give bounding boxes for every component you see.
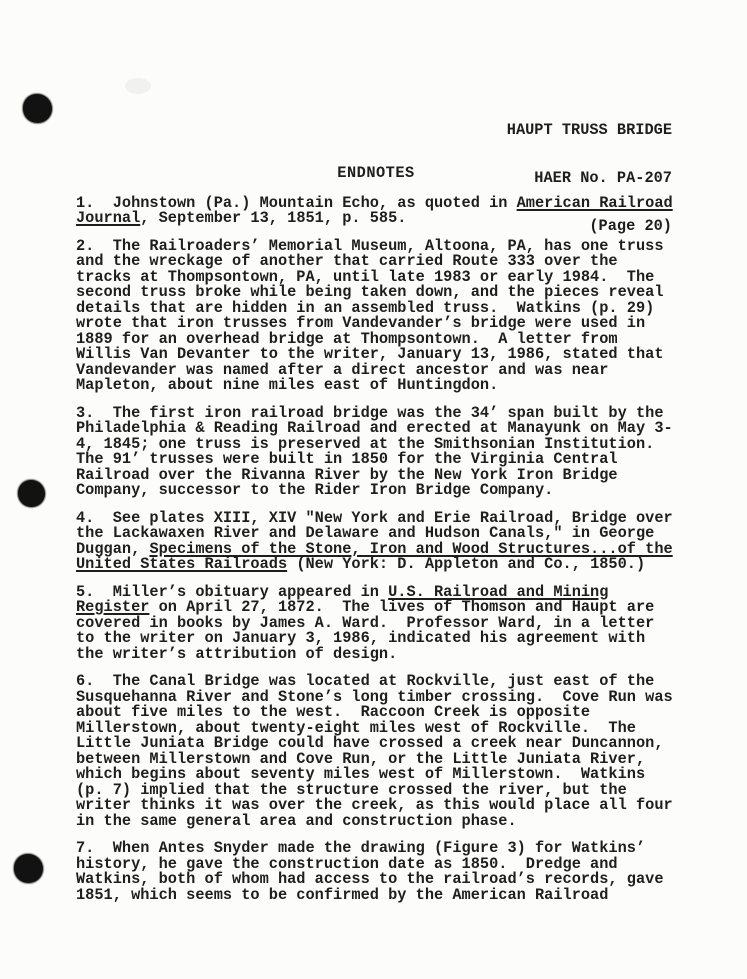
endnote-3: 3. The first iron railroad bridge was th… [76,406,676,499]
endnote-text: in the same general area and constructio… [76,812,517,830]
endnote-line: United States Railroads (New York: D. Ap… [76,557,676,573]
document-body: ENDNOTES 1. Johnstown (Pa.) Mountain Ech… [76,166,676,915]
punch-hole-mark [23,94,52,123]
endnote-1: 1. Johnstown (Pa.) Mountain Echo, as quo… [76,196,676,227]
scan-smudge [125,78,151,94]
endnote-text: (New York: D. Appleton and Co., 1850.) [287,555,645,573]
endnote-text: , September 13, 1851, p. 585. [140,209,406,227]
endnote-line: Journal, September 13, 1851, p. 585. [76,211,676,227]
endnote-line: in the same general area and constructio… [76,814,676,830]
endnote-text: the writer’s attribution of design. [76,645,397,663]
endnote-4: 4. See plates XIII, XIV "New York and Er… [76,511,676,573]
endnote-2: 2. The Railroaders’ Memorial Museum, Alt… [76,239,676,394]
punch-hole-mark [14,854,43,883]
endnote-5: 5. Miller’s obituary appeared in U.S. Ra… [76,585,676,663]
header-line-project: HAUPT TRUSS BRIDGE [507,122,672,138]
underlined-citation-text: Journal [76,209,140,227]
endnote-text: Mapleton, about nine miles east of Hunti… [76,376,498,394]
endnote-line: the writer’s attribution of design. [76,647,676,663]
endnotes-list: 1. Johnstown (Pa.) Mountain Echo, as quo… [76,196,676,904]
scanned-document-page: HAUPT TRUSS BRIDGE HAER No. PA-207 (Page… [0,0,747,979]
punch-hole-mark [18,480,45,507]
endnote-line: Company, successor to the Rider Iron Bri… [76,483,676,499]
endnote-6: 6. The Canal Bridge was located at Rockv… [76,674,676,829]
underlined-citation-text: United States Railroads [76,555,287,573]
endnote-7: 7. When Antes Snyder made the drawing (F… [76,841,676,903]
endnote-text: 1851, which seems to be confirmed by the… [76,886,608,904]
section-title: ENDNOTES [76,166,676,182]
endnote-text: Company, successor to the Rider Iron Bri… [76,481,553,499]
endnote-line: 1851, which seems to be confirmed by the… [76,888,676,904]
endnote-line: Mapleton, about nine miles east of Hunti… [76,378,676,394]
underlined-citation-text: American Railroad [517,194,673,212]
